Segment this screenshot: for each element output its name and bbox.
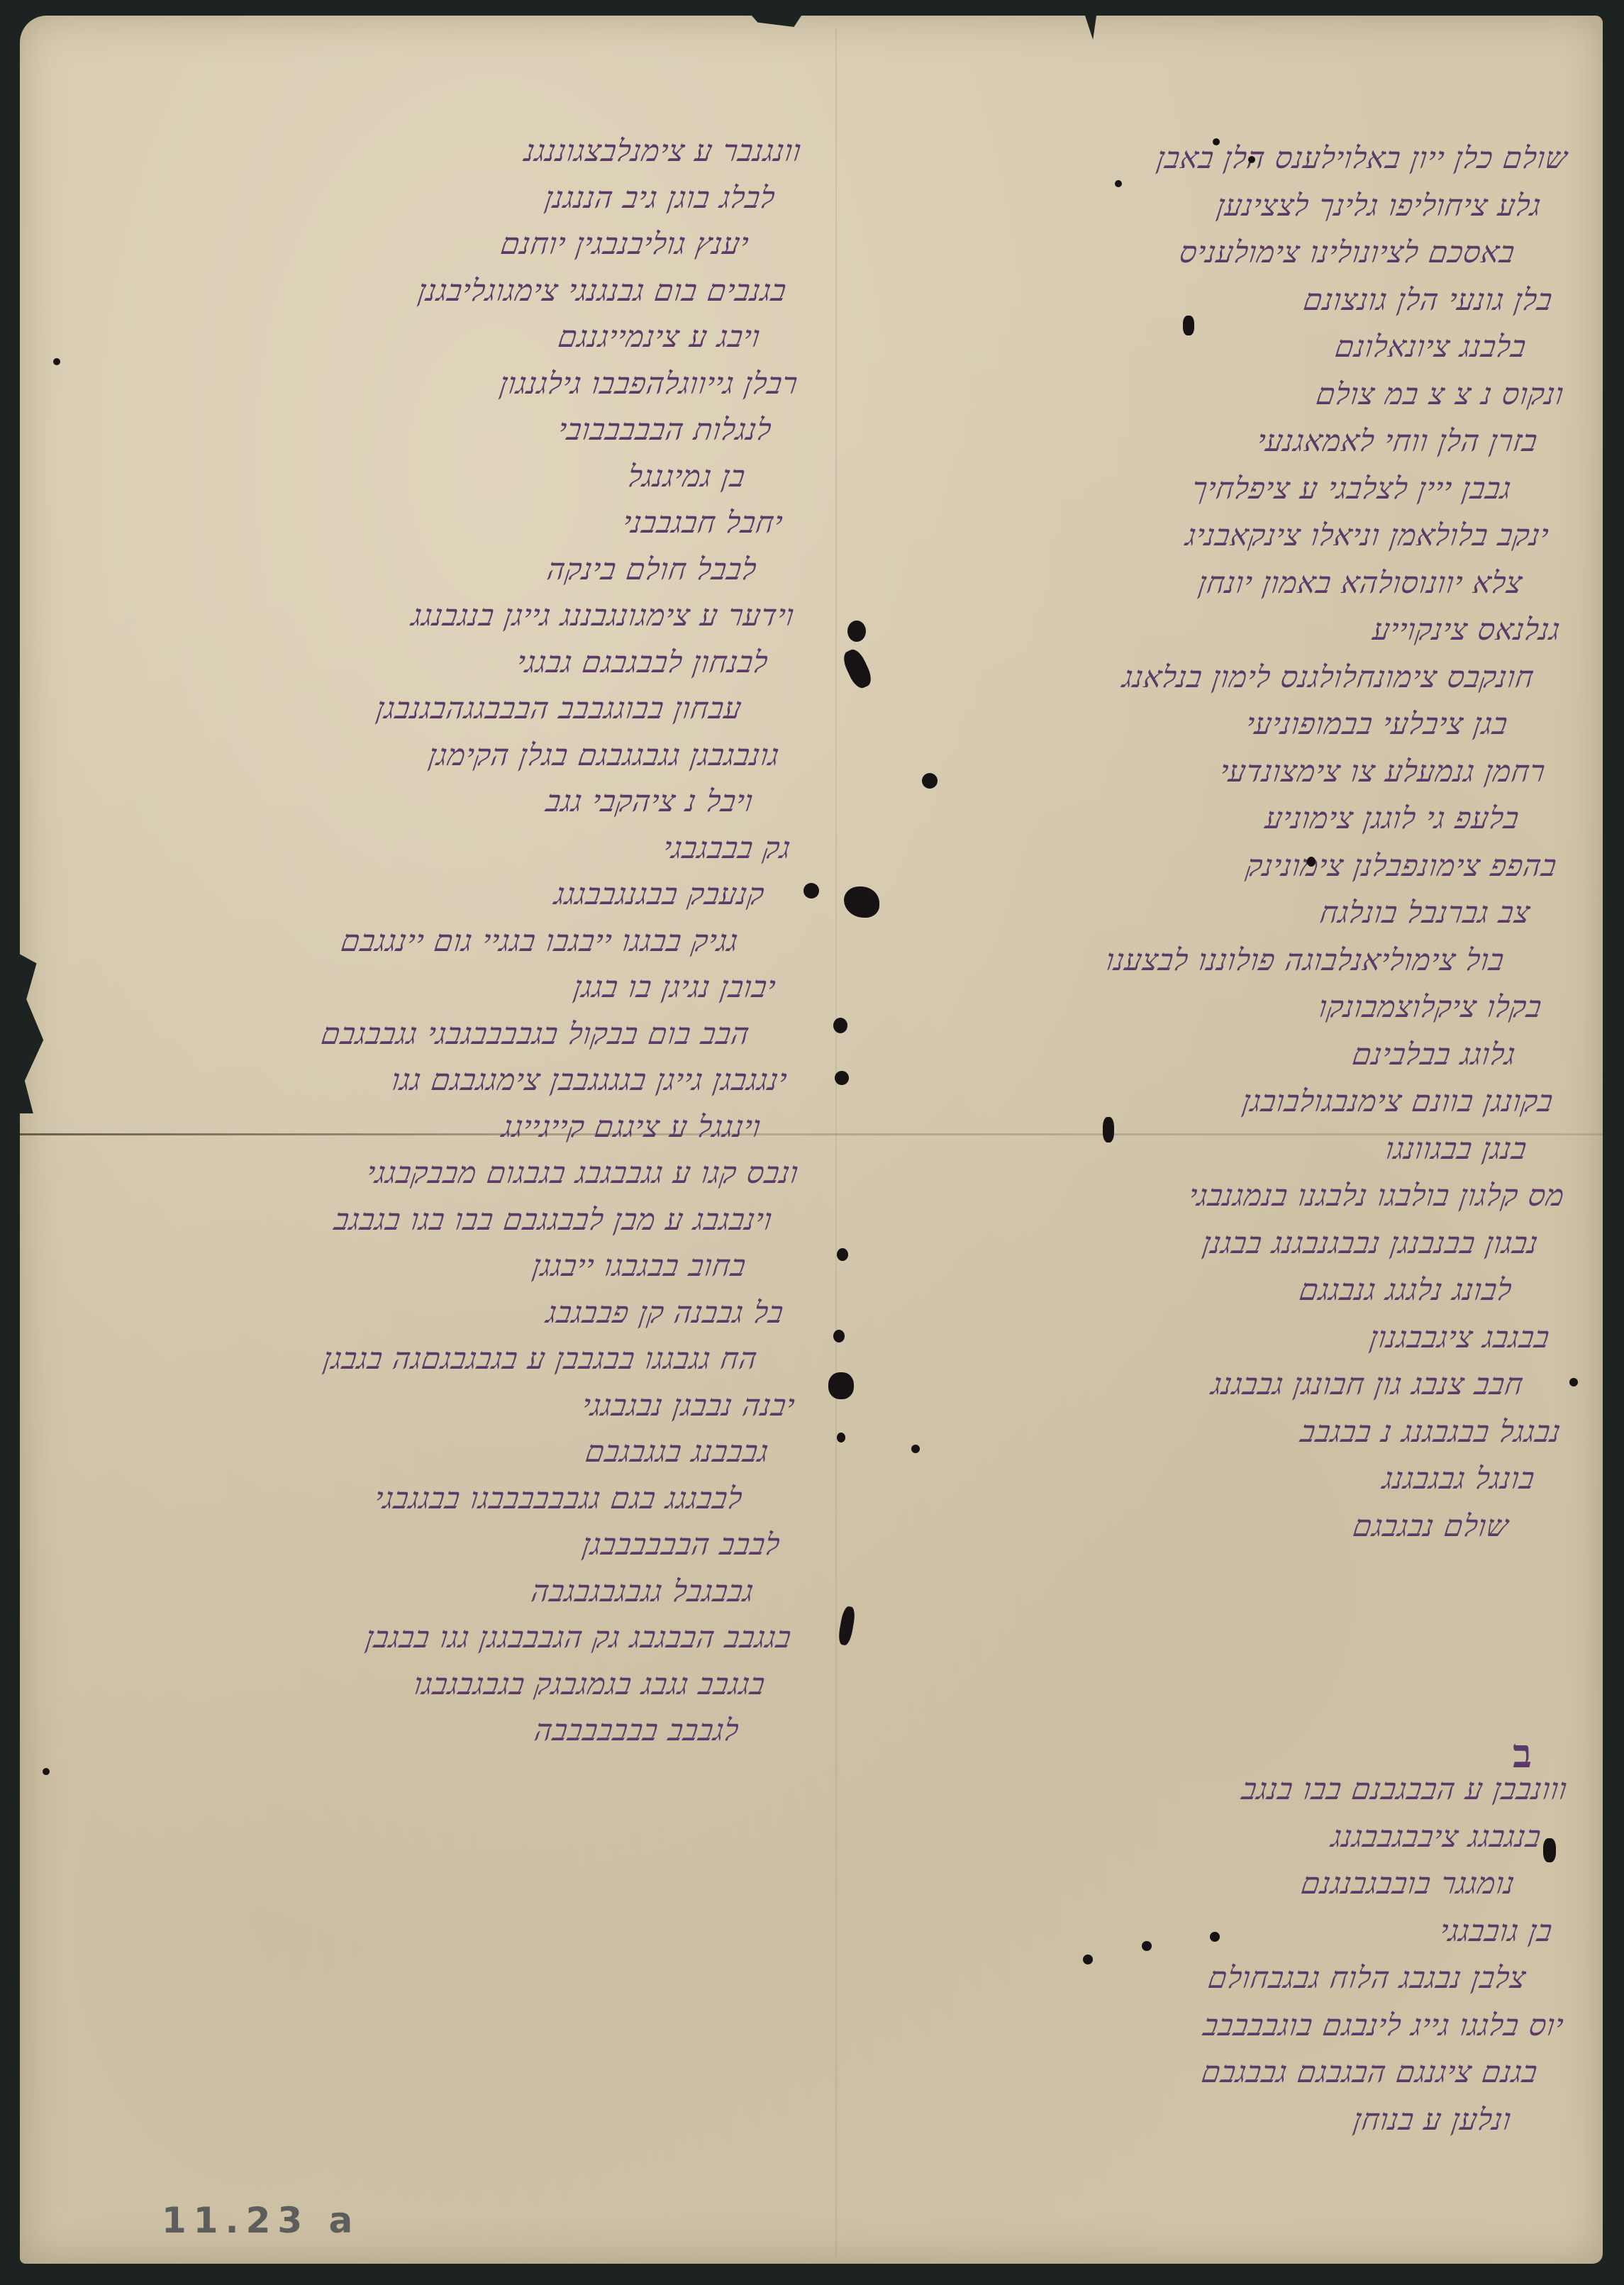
archive-number: 11.23 a bbox=[162, 2200, 360, 2241]
manuscript-line: בלבנג ציונאלונם bbox=[819, 323, 1570, 371]
manuscript-line: בן גמיגנגל bbox=[60, 453, 804, 500]
manuscript-line: גונבגבגן גגבגגבגם בגלן הקימגן bbox=[60, 732, 804, 779]
manuscript-line: לבבגגג בגם גגבבבבבבגו בבגגבגי bbox=[60, 1475, 804, 1522]
ink-blot bbox=[53, 358, 60, 365]
manuscript-line: גבבן ייין לצלבגי ע ציפלחיך bbox=[819, 465, 1570, 513]
manuscript-line: בלן גונעי הלן גונצונם bbox=[819, 277, 1570, 324]
manuscript-line: בקונגן בוונם צימנבגולבובגן bbox=[819, 1078, 1570, 1125]
manuscript-line: ווונבבן ע הבבגבנם בבו בנגב bbox=[819, 1766, 1570, 1813]
ink-blot bbox=[1569, 1378, 1578, 1386]
ink-blot bbox=[835, 1071, 849, 1085]
manuscript-line: בגנבים בום גבנגנגי צימגוגליבגנן bbox=[60, 267, 804, 314]
manuscript-line: חבב צנבג גון חבונגן גבבגנג bbox=[819, 1361, 1570, 1408]
manuscript-line: מס קלגון בולבגו נלבגנו בנמגנבגי bbox=[819, 1172, 1570, 1220]
ink-blot bbox=[828, 1372, 854, 1399]
ink-blot bbox=[1142, 1941, 1152, 1951]
manuscript-line: בנגבגג ציבבגבבגנג bbox=[819, 1813, 1570, 1861]
manuscript-line: בבגבג ציגבבגנון bbox=[819, 1314, 1570, 1362]
manuscript-line: לבבל חולם בינקה bbox=[60, 546, 804, 593]
manuscript-line: קנעבק בבגנגבבגגג bbox=[60, 871, 804, 918]
manuscript-line: גלע ציחוליפו גלינך לצצינען bbox=[819, 182, 1570, 230]
manuscript-line: בן גובבגגי bbox=[819, 1908, 1570, 1955]
ink-blot bbox=[1213, 138, 1220, 145]
manuscript-line: בגן ציבלעי בבמופוניעי bbox=[819, 701, 1570, 748]
ink-blot bbox=[1210, 1932, 1220, 1942]
manuscript-line: בלעפ גי לוגגן צימוניע bbox=[819, 795, 1570, 843]
manuscript-line: צלא יוונוסולהא באמון יונחן bbox=[819, 560, 1570, 607]
manuscript-line: לבלג בוגן גיב הננגנן bbox=[60, 174, 804, 221]
manuscript-line: ויבג ע צינמייגנגם bbox=[60, 313, 804, 360]
manuscript-line: בל גבבנה קן פבבגבג bbox=[60, 1289, 804, 1336]
manuscript-line: גק בבבגבגי bbox=[60, 825, 804, 872]
manuscript-line: בקלו ציקלוצמבונקו bbox=[819, 984, 1570, 1031]
manuscript-line: צלבן נבגבג הלוח גבגבחולם bbox=[819, 1955, 1570, 2002]
manuscript-line: לבבב הבבבבבבגן bbox=[60, 1521, 804, 1568]
manuscript-line: בגגבב הבבגבג גק הגבבבגגן גגו בבגבן bbox=[60, 1614, 804, 1661]
manuscript-line: בזרן הלן ווחי לאמאגנעי bbox=[819, 418, 1570, 465]
ink-blot bbox=[43, 1768, 50, 1775]
manuscript-line: גבבגבל גגבגבגבגבה bbox=[60, 1568, 804, 1615]
manuscript-line: ינגגבגן גייגן בגגגגבבן צימגגבגם גגו bbox=[60, 1057, 804, 1103]
manuscript-line: הבב בום בבקול בגבבבבגבגי גגבבגבם bbox=[60, 1011, 804, 1057]
manuscript-line: יבנה נבבגן נבגבגגי bbox=[60, 1382, 804, 1429]
manuscript-line: יבובן נגיגן בו בגגן bbox=[60, 964, 804, 1011]
manuscript-line: וידער ע צימגונגבננג גייגן בנגבנגג bbox=[60, 592, 804, 639]
manuscript-line: לבונג נלגגג גנבגגם bbox=[819, 1267, 1570, 1314]
manuscript-line: נומגגר בובבגבנגנם bbox=[819, 1860, 1570, 1908]
manuscript-line: ונבס קגו ע גגבבגבג בגבגום מבבקבגגי bbox=[60, 1150, 804, 1196]
manuscript-line: הח גגבגגו בבגבבן ע בגבגבגםגה בגבגן bbox=[60, 1335, 804, 1382]
manuscript-line: לגבבב בבבבבבבה bbox=[60, 1707, 804, 1754]
ink-blot bbox=[847, 621, 866, 642]
manuscript-line: שולם כלן ייון באלוילענס הלן באבן bbox=[819, 135, 1570, 182]
ink-blot bbox=[1543, 1838, 1556, 1862]
manuscript-line: רבלן גייווגלהפבבו גילגנגון bbox=[60, 360, 804, 407]
right-column-section-2-text: ווונבבן ע הבבגבנם בבו בנגבבנגבגג ציבבגבב… bbox=[823, 1766, 1567, 2143]
manuscript-line: לבנחון לבבגבגם גבגגי bbox=[60, 639, 804, 686]
ink-blot bbox=[837, 1433, 845, 1442]
ink-blot bbox=[1248, 156, 1255, 163]
manuscript-line: בהפפ צימונפבלנן צימונינק bbox=[819, 843, 1570, 890]
manuscript-line: בול צימוליאנלבוגה פולוננו לבצענו bbox=[819, 937, 1570, 984]
manuscript-line: גבבבנג בגגבגבם bbox=[60, 1428, 804, 1475]
ink-blot bbox=[837, 1248, 848, 1261]
manuscript-line: וינגגל ע ציגגם קייגייגג bbox=[60, 1103, 804, 1150]
left-column-text: וונגנבר ע צימנלבצגוננגנלבלג בוגן גיב הננ… bbox=[64, 128, 801, 1754]
manuscript-line: שולם נבגבגם bbox=[819, 1503, 1570, 1550]
manuscript-line: ויבל נ ציהקבי גגב bbox=[60, 778, 804, 825]
manuscript-line: חונקבס צימונחלולגנס לימון בנלאנג bbox=[819, 654, 1570, 701]
manuscript-line: באסכם לציונולינו צימולעניס bbox=[819, 229, 1570, 277]
manuscript-line: גגיק בבגגו ייבגבו בגגיי גום יינגגבם bbox=[60, 918, 804, 964]
ink-blot bbox=[803, 883, 819, 899]
ink-blot bbox=[1103, 1117, 1114, 1142]
manuscript-line: בונגל גבגבגנג bbox=[819, 1455, 1570, 1503]
manuscript-line: ינקב בלולאמן וניאלו צינקאבניג bbox=[819, 512, 1570, 560]
ink-blot bbox=[833, 1018, 847, 1033]
manuscript-line: צב גברנבל בונלגח bbox=[819, 889, 1570, 937]
right-column-text: שולם כלן ייון באלוילענס הלן באבןגלע ציחו… bbox=[823, 135, 1567, 1550]
ink-blot bbox=[1307, 857, 1316, 867]
manuscript-line: וינבגבג ע מבן לבבגגבם בבו בגו בגבגב bbox=[60, 1196, 804, 1243]
ink-blot bbox=[1115, 180, 1122, 187]
manuscript-line: גנלנאס צינקוייע bbox=[819, 606, 1570, 654]
manuscript-line: נבגגל בבגבגנג נ בבגבב bbox=[819, 1408, 1570, 1456]
manuscript-line: יוס בלגגו גייג לינבגם בוגבבבבב bbox=[819, 2002, 1570, 2050]
ink-blot bbox=[911, 1445, 920, 1453]
ink-blot bbox=[1183, 316, 1194, 335]
ink-blot bbox=[833, 1330, 845, 1342]
manuscript-line: יחבל חבגבבני bbox=[60, 499, 804, 546]
manuscript-line: נבגון בבנבנגן נבבגנבגנג בבגנן bbox=[819, 1220, 1570, 1267]
manuscript-line: ונלען ע בנוחן bbox=[819, 2096, 1570, 2144]
manuscript-line: לנגלות הבבבבבובי bbox=[60, 406, 804, 453]
manuscript-line: וונגנבר ע צימנלבצגוננגנ bbox=[60, 128, 804, 174]
manuscript-line: בנגן בבגוונגו bbox=[819, 1125, 1570, 1173]
manuscript-line: בגנם ציגנגם הבגבגם גבבגבם bbox=[819, 2049, 1570, 2096]
manuscript-line: יענץ גוליבנבגין יוחנם bbox=[60, 221, 804, 267]
ink-blot bbox=[922, 773, 938, 789]
ink-blot bbox=[1083, 1955, 1093, 1964]
manuscript-line: בגגבב גגבג בגמגבגק בגבגבגבגו bbox=[60, 1661, 804, 1708]
manuscript-line: גלוגג בבלבינם bbox=[819, 1031, 1570, 1079]
manuscript-line: עבחון בבוגגבבב הבבבגגהבגנבגן bbox=[60, 685, 804, 732]
manuscript-line: בחוב בבגבגו ייבגגן bbox=[60, 1242, 804, 1289]
manuscript-line: ונקוס נ צ צ במ צולם bbox=[819, 371, 1570, 418]
